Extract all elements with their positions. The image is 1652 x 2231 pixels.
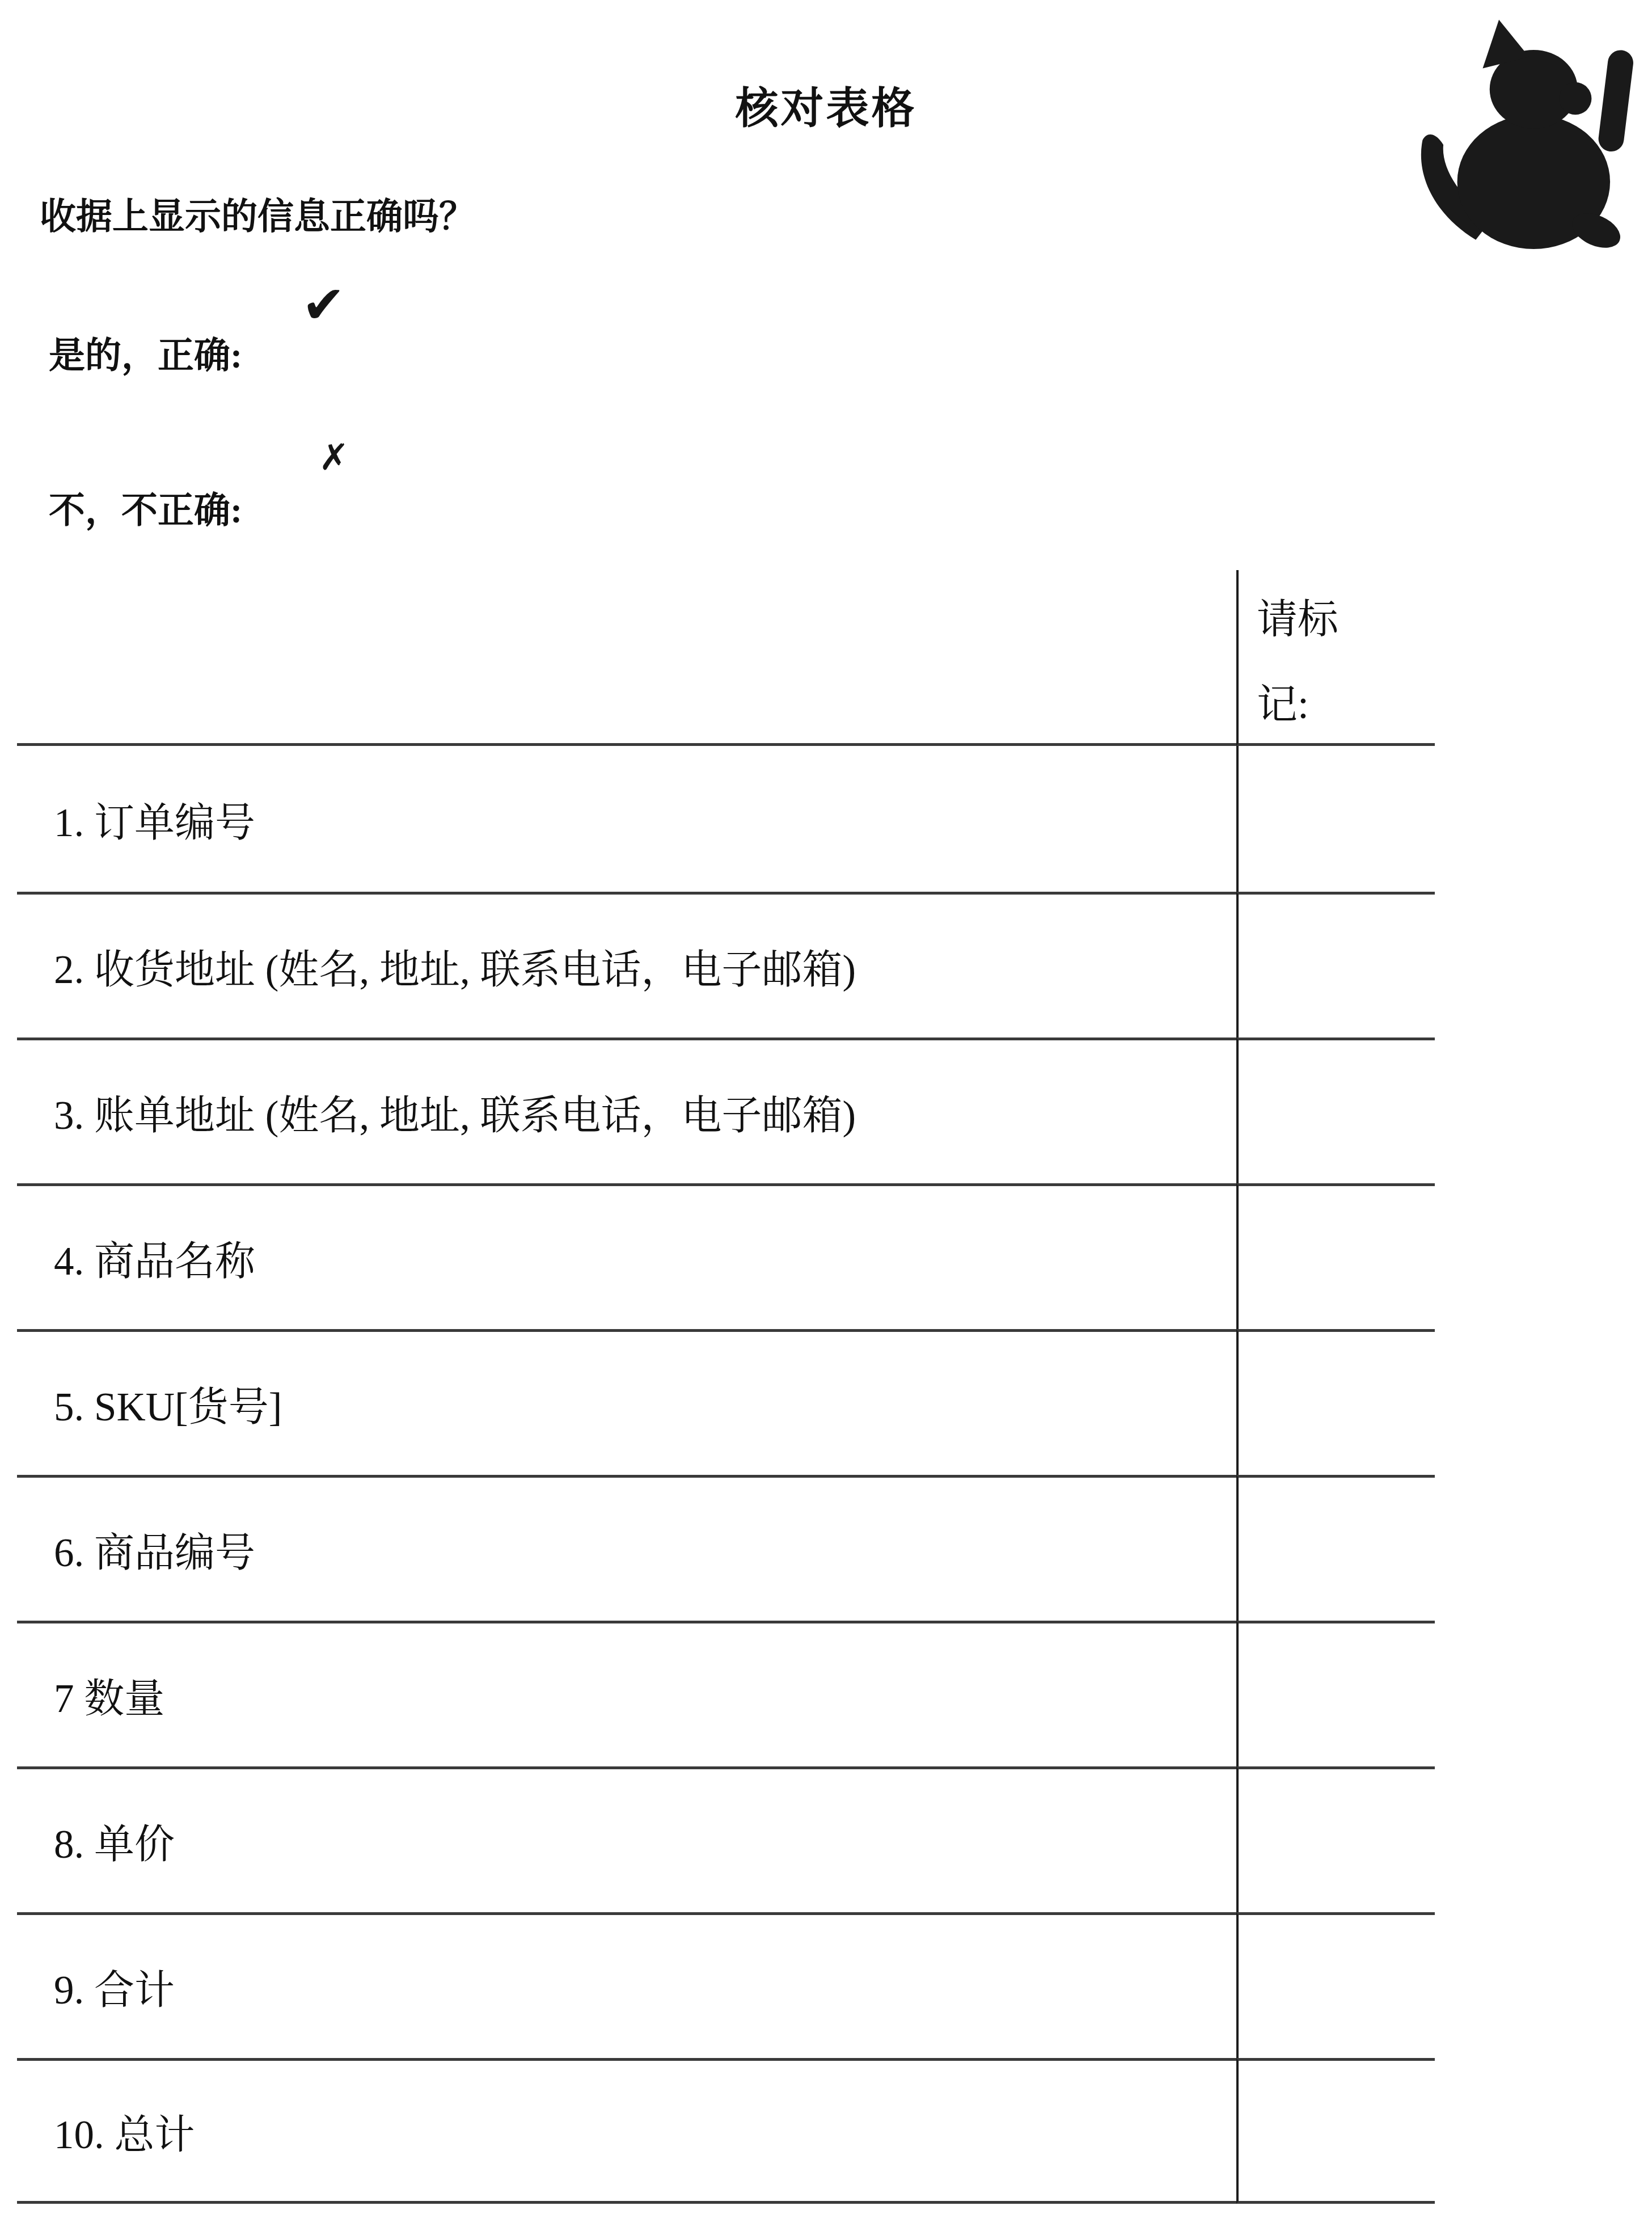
option-no-label: 不，不正确: [49, 481, 242, 533]
header-spacer-cell [17, 570, 1236, 746]
mark-cell[interactable] [1236, 1912, 1435, 2058]
mark-cell[interactable] [1236, 1183, 1435, 1329]
cat-icon [1413, 18, 1636, 253]
document-page: 核对表格 收据上显示的信息正确吗？ 是的，正确: ✔ 不，不正确 [0, 0, 1652, 2231]
intro-question: 收据上显示的信息正确吗？ [40, 187, 475, 239]
row-label: 4. 商品名称 [17, 1183, 1236, 1329]
mark-cell[interactable] [1236, 1475, 1435, 1621]
mark-column-header-text: 请标记: [1257, 577, 1362, 747]
row-label: 8. 单价 [17, 1766, 1236, 1912]
row-label: 6. 商品编号 [17, 1475, 1236, 1621]
row-label: 7 数量 [17, 1621, 1236, 1766]
option-yes-label: 是的，正确: [49, 326, 242, 378]
cross-icon: ✗ [319, 440, 349, 476]
mark-cell[interactable] [1236, 1329, 1435, 1475]
check-icon: ✔ [302, 279, 345, 331]
mark-cell[interactable] [1236, 892, 1435, 1038]
mark-column-header: 请标记: [1236, 570, 1435, 746]
mark-cell[interactable] [1236, 1038, 1435, 1183]
row-label: 9. 合计 [17, 1912, 1236, 2058]
row-label: 2. 收货地址 (姓名, 地址, 联系电话，电子邮箱) [17, 892, 1236, 1038]
row-label: 5. SKU[货号] [17, 1329, 1236, 1475]
checklist-table: 请标记: 1. 订单编号 2. 收货地址 (姓名, 地址, 联系电话，电子邮箱)… [17, 570, 1435, 2204]
row-label: 1. 订单编号 [17, 746, 1236, 892]
mark-cell[interactable] [1236, 746, 1435, 892]
mark-cell[interactable] [1236, 1621, 1435, 1766]
row-label: 3. 账单地址 (姓名, 地址, 联系电话，电子邮箱) [17, 1038, 1236, 1183]
row-label: 10. 总计 [17, 2058, 1236, 2204]
mark-cell[interactable] [1236, 1766, 1435, 1912]
page-title: 核对表格 [0, 74, 1652, 136]
mark-cell[interactable] [1236, 2058, 1435, 2204]
